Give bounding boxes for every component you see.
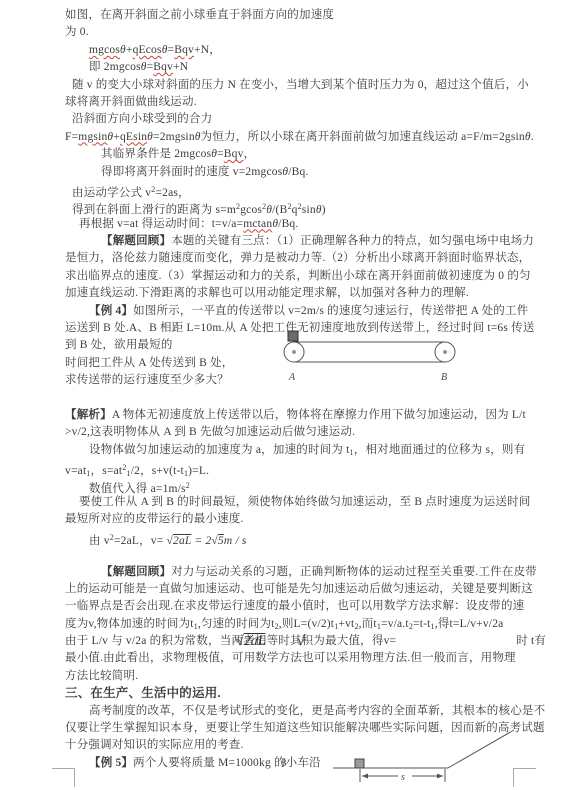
text-line xyxy=(65,546,587,563)
text-segment: ,匀速的时间为t xyxy=(198,618,275,630)
text-segment: Bqv xyxy=(153,61,173,73)
text-line: 由运动学公式 v2=2as， xyxy=(65,181,587,198)
slope-line xyxy=(448,730,514,768)
text-line: 最短所对应的皮带运行的最小速度. xyxy=(65,511,587,528)
text-line: 方法比较简明. xyxy=(65,668,587,685)
text-line: 设物体做匀加速运动的加速度为 a，加速的时间为 t1，相对地面通过的位移为 s，… xyxy=(65,442,587,459)
text-line: 为 0. xyxy=(65,24,587,41)
text-line: 【例 4】如图所示，一平直的传送带以 v=2m/s 的速度匀速运行，传送带把 A… xyxy=(65,303,587,320)
text-line: 最小值.由此看出，求物理极值，可用数学方法也可以采用物理方法.但一般而言，用物理 xyxy=(65,650,587,667)
text-segment: =v/a.t xyxy=(381,618,409,630)
text-segment: A 物体无初速度放上传送带以后，物体将在摩擦力作用下做匀加速运动，因为 L/t xyxy=(112,409,526,421)
text-line: mgcosθ+qEcosθ=Bqv+N， xyxy=(65,42,587,59)
text-line xyxy=(65,390,587,407)
text-segment: Bqv xyxy=(174,44,194,56)
text-segment: /Bq. xyxy=(278,218,298,230)
floating-equation-body: 2aL xyxy=(244,634,266,649)
text-line: 一临界点是否会出现.在求皮带运行速度的最小值时，也可以用数学方法求解：设皮带的速 xyxy=(65,598,587,615)
text-segment: gcos xyxy=(240,204,262,216)
text-line: 球将离开斜面做曲线运动. xyxy=(65,94,587,111)
text-line: 三、在生产、生活中的运用. xyxy=(65,685,587,702)
text-segment: =t-t xyxy=(413,618,431,630)
text-line: 求出临界点的速度.（3）掌握运动和力的关系，判断出小球在离开斜面前做初速度为 0… xyxy=(65,268,587,285)
text-segment: 得即将离开斜面时的速度 v=2mgcos xyxy=(101,166,282,178)
text-segment: =2aL，v= xyxy=(114,535,167,547)
text-segment: 到 B 处，欲用最短的 xyxy=(65,339,173,351)
text-segment: 随 v 的变大小球对斜面的压力 N 在变小，当增大到某个值时压力为 0，超过这个… xyxy=(72,79,529,91)
text-segment: 得到在斜面上滑行的距离为 s=m xyxy=(72,204,236,216)
text-segment: +N， xyxy=(194,44,221,56)
text-line: 即 2mgcosθ=Bqv+N xyxy=(65,59,587,76)
text-segment: Bqv xyxy=(224,148,244,160)
text-segment: /2，s+v(t-t xyxy=(131,465,184,477)
text-segment: 由运动学公式 v xyxy=(72,187,151,199)
pulley-b-axle xyxy=(444,351,446,353)
text-segment: 是恒力，洛伦兹力随速度而变化，弹力是被动力等.（2）分析出小球离开斜面时临界状态… xyxy=(65,252,530,264)
text-segment: 时 t有 xyxy=(516,635,546,647)
text-segment: ,得t=L/v+v/2a xyxy=(435,618,504,630)
floating-radical-icon: √ xyxy=(297,634,305,650)
text-segment: v=at xyxy=(65,465,86,477)
text-segment: sin xyxy=(302,204,316,216)
text-segment: 三、在生产、生活中的运用. xyxy=(65,686,221,700)
conveyor-label-b: B xyxy=(441,372,447,383)
cart-block xyxy=(355,759,364,768)
text-segment: 求传送带的运行速度至少多大？ xyxy=(65,374,229,386)
text-segment: 一临界点是否会出现.在求皮带运行速度的最小值时，也可以用数学方法求解：设皮带的速 xyxy=(65,600,524,612)
text-segment: ，s=at xyxy=(91,465,123,477)
text-segment: m / s xyxy=(224,535,247,547)
text-segment: =2mgsin xyxy=(153,131,195,143)
text-segment: = xyxy=(217,148,224,160)
conveyor-label-a: A xyxy=(288,372,296,383)
text-segment: 【解析】 xyxy=(65,409,112,421)
text-line: 其临界条件是 2mgcosθ=Bqv， xyxy=(65,146,587,163)
text-line: 如图，在离开斜面之前小球垂直于斜面方向的加速度 xyxy=(65,7,587,24)
text-line: 【解析】A 物体无初速度放上传送带以后，物体将在摩擦力作用下做匀加速运动，因为 … xyxy=(65,407,587,424)
text-segment: = 2 xyxy=(191,535,211,547)
text-segment: qEcos xyxy=(133,44,162,56)
text-segment: 沿斜面方向小球受到的合力 xyxy=(72,113,212,125)
text-line: 上的运动可能是一直做匀加速运动、也可能是先匀加速运动后做匀速运动，关键是要判断这 xyxy=(65,581,587,598)
text-segment: 由于 L/v 与 v/2a 的积为常数，当两者相等时其积为最大值，得v= xyxy=(65,635,396,647)
text-line: 由于 L/v 与 v/2a 的积为常数，当两者相等时其积为最大值，得v=时 t有 xyxy=(65,633,587,650)
incline-label-s: s xyxy=(401,772,405,783)
workpiece-block xyxy=(288,331,298,341)
text-segment: +N xyxy=(173,61,188,73)
crop-mark-bottom-left xyxy=(52,768,75,787)
text-line: 是恒力，洛伦兹力随速度而变化，弹力是被动力等.（2）分析出小球离开斜面时临界状态… xyxy=(65,250,587,267)
text-segment: 方法比较简明. xyxy=(65,670,138,682)
text-segment: . xyxy=(531,131,534,143)
text-segment: 时间把工件从 A 处传送到 B 处， xyxy=(65,357,233,369)
text-segment: 上的运动可能是一直做匀加速运动、也可能是先匀加速运动后做匀速运动，关键是要判断这 xyxy=(65,583,533,595)
text-segment: 对力与运动关系的习题，正确判断物体的运动过程至关重要.工件在皮带 xyxy=(171,566,537,578)
text-line: F=mgsinθ+qEsinθ=2mgsinθ为恒力，所以小球在离开斜面前做匀加… xyxy=(65,129,587,146)
text-segment: 数值代入得 a=1m/s xyxy=(89,483,186,495)
text-segment: 为恒力，所以小球在离开斜面前做匀加速直线运动 a=F/m=2gsin xyxy=(201,131,525,143)
radical-icon: √ xyxy=(236,634,244,649)
text-line: 随 v 的变大小球对斜面的压力 N 在变小，当增大到某个值时压力为 0，超过这个… xyxy=(65,77,587,94)
text-segment: 最小值.由此看出，求物理极值，可用数学方法也可以采用物理方法.但一般而言，用物理 xyxy=(65,652,516,664)
arrowhead-left xyxy=(362,774,368,779)
text-segment: 十分强调对知识的实际应用的考查. xyxy=(65,739,244,751)
pulley-a-axle xyxy=(293,351,295,353)
text-segment: >v/2,这表明物体从 A 到 B 先做匀加速运动后做匀速运动. xyxy=(65,426,355,438)
text-line: 由 v2=2aL，v= √2aL = 2√5m / s xyxy=(65,529,587,546)
page-number: 8 xyxy=(281,757,287,769)
text-line: 高考制度的改革，不仅是考试形式的变化，更是高考内容的全面革新，其根本的核心是不 xyxy=(65,703,587,720)
text-segment: mgcos xyxy=(89,44,120,56)
text-segment: 最短所对应的皮带运行的最小速度. xyxy=(65,513,244,525)
document-text: 如图，在离开斜面之前小球垂直于斜面方向的加速度为 0.mgcosθ+qEcosθ… xyxy=(65,7,587,772)
text-segment: 本题的关键有三点：（1）正确理解各种力的特点，如匀强电场中电场力 xyxy=(171,235,534,247)
pulley-a xyxy=(284,342,304,362)
text-segment: 求出临界点的速度.（3）掌握运动和力的关系，判断出小球在离开斜面前做初速度为 0… xyxy=(65,270,531,282)
text-segment: 为 0. xyxy=(65,26,89,38)
text-segment: 2aL xyxy=(173,535,191,547)
text-segment: =2as， xyxy=(155,187,189,199)
text-segment: ,而t xyxy=(359,618,377,630)
text-segment: 如图所示，一平直的传送带以 v=2m/s 的速度匀速运行，传送带把 A 处的工件 xyxy=(133,305,528,317)
pulley-b xyxy=(435,342,455,362)
text-segment: 再根据 v=at 得运动时间：t=v/a= xyxy=(79,218,243,230)
text-line: 度为v,物体加速的时间为t1,匀速的时间为t2,则L=(v/2)t1+vt2,而… xyxy=(65,616,587,633)
text-segment: 【解题回顾】 xyxy=(101,566,171,578)
text-segment: 设物体做匀加速运动的加速度为 a，加速的时间为 t xyxy=(89,444,350,456)
text-segment: 加速直线运动.下滑距离的求解也可以用动能定理求解，以加强对各种力的理解. xyxy=(65,287,469,299)
text-segment: )=L. xyxy=(188,465,209,477)
crop-mark-bottom-right xyxy=(513,768,536,787)
text-segment: F= xyxy=(65,131,78,143)
text-segment: + xyxy=(113,131,120,143)
text-segment: 【例 5】 xyxy=(89,757,133,769)
text-segment: 【解题回顾】 xyxy=(101,235,171,247)
text-segment: 要使工件从 A 到 B 的时间最短，须使物体始终做匀加速运动，至 B 点时速度为… xyxy=(79,496,531,508)
text-line: 再根据 v=at 得运动时间：t=v/a=mctanθ/Bq. xyxy=(65,216,587,233)
text-line: 【解题回顾】本题的关键有三点：（1）正确理解各种力的特点，如匀强电场中电场力 xyxy=(65,233,587,250)
text-segment: 其临界条件是 2mgcos xyxy=(101,148,211,160)
text-segment: ) xyxy=(322,204,326,216)
text-segment: + xyxy=(126,44,133,56)
text-segment: ,则L=(v/2)t xyxy=(279,618,334,630)
text-segment: 如图，在离开斜面之前小球垂直于斜面方向的加速度 xyxy=(65,9,334,21)
text-segment: 由 v xyxy=(89,535,110,547)
text-segment: 高考制度的改革，不仅是考试形式的变化，更是高考内容的全面革新，其根本的核心是不 xyxy=(89,705,545,717)
arrowhead-right xyxy=(437,774,443,779)
text-line: v=at1，s=at21/2，s+v(t-t1)=L. xyxy=(65,459,587,476)
document-page: 如图，在离开斜面之前小球垂直于斜面方向的加速度为 0.mgcosθ+qEcosθ… xyxy=(0,0,587,790)
text-line: 得即将离开斜面时的速度 v=2mgcosθ/Bq. xyxy=(65,164,587,181)
text-line: 要使工件从 A 到 B 的时间最短，须使物体始终做匀加速运动，至 B 点时速度为… xyxy=(65,494,587,511)
text-segment: 两个人要将质量 M=1000kg 的小车沿 xyxy=(133,757,321,769)
text-line: >v/2,这表明物体从 A 到 B 先做匀加速运动后做匀速运动. xyxy=(65,424,587,441)
text-line: 得到在斜面上滑行的距离为 s=m2gcos2θ/(B2q2sinθ) xyxy=(65,198,587,215)
incline-diagram: s xyxy=(328,722,518,788)
text-line: 数值代入得 a=1m/s2 xyxy=(65,477,587,494)
text-segment: 球将离开斜面做曲线运动. xyxy=(65,96,197,108)
text-segment: qEsin xyxy=(120,131,147,143)
text-segment: mctan xyxy=(243,218,272,230)
floating-equation: √2aL xyxy=(236,634,265,650)
text-segment: /Bq. xyxy=(288,166,308,178)
text-line: 【解题回顾】对力与运动关系的习题，正确判断物体的运动过程至关重要.工件在皮带 xyxy=(65,564,587,581)
text-segment: 【例 4】 xyxy=(89,305,133,317)
text-segment: /(B xyxy=(272,204,287,216)
text-segment: +vt xyxy=(338,618,354,630)
text-segment: ， xyxy=(244,148,256,160)
text-segment: mgsin xyxy=(78,131,107,143)
conveyor-belt-diagram: A B xyxy=(272,330,472,388)
text-segment: 即 2mgcos xyxy=(89,61,141,73)
text-line: 沿斜面方向小球受到的合力 xyxy=(65,111,587,128)
text-line: 加速直线运动.下滑距离的求解也可以用动能定理求解，以加强对各种力的理解. xyxy=(65,285,587,302)
text-segment: 2 xyxy=(186,481,190,490)
text-segment: ，相对地面通过的位移为 s，则有 xyxy=(354,444,526,456)
text-segment: 度为v,物体加速的时间为t xyxy=(65,618,194,630)
